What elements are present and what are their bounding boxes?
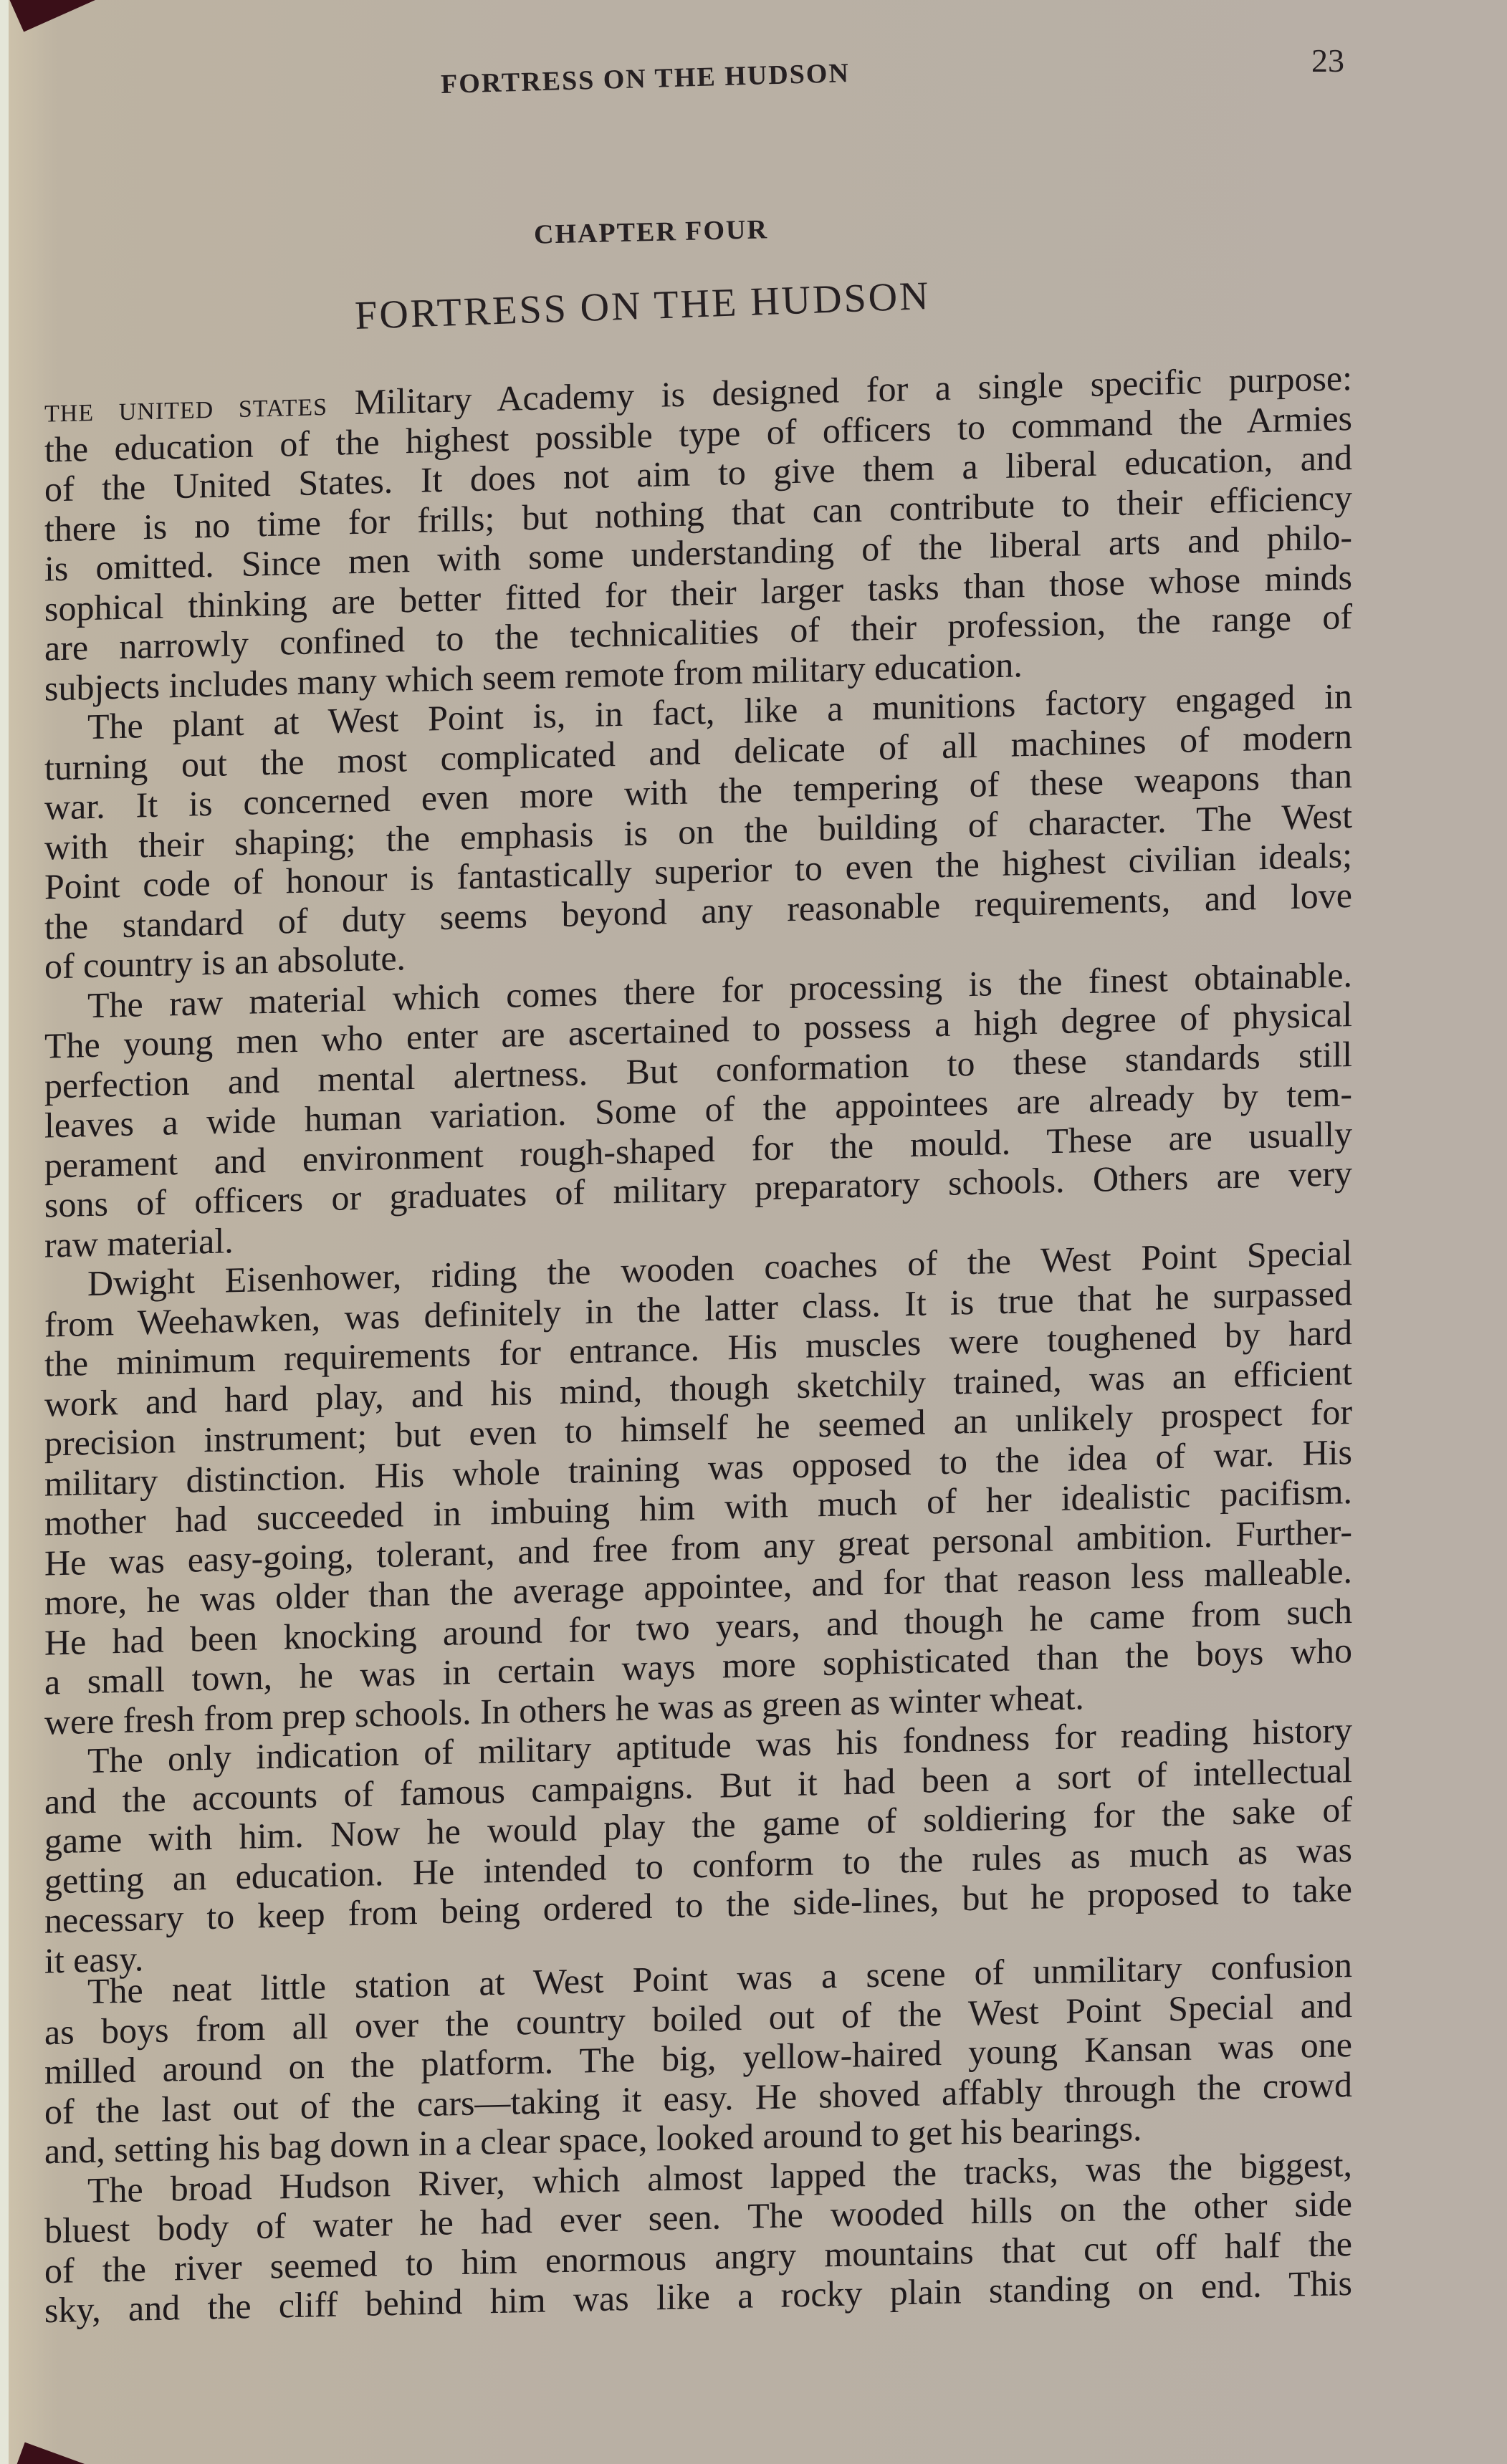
chapter-title: FORTRESS ON THE HUDSON: [354, 273, 931, 339]
book-page: FORTRESS ON THE HUDSON 23 CHAPTER FOUR F…: [0, 0, 1507, 2464]
opening-smallcaps: THE UNITED STATES: [44, 394, 327, 428]
body-text-section-2: The neat little station at West Point wa…: [44, 1945, 1352, 2331]
chapter-label: CHAPTER FOUR: [534, 214, 769, 250]
page-edge: [0, 0, 9, 2464]
running-head: FORTRESS ON THE HUDSON: [440, 57, 850, 100]
body-text-section-1: THE UNITED STATES Military Academy is de…: [44, 358, 1352, 1981]
page-number: 23: [1311, 42, 1344, 80]
